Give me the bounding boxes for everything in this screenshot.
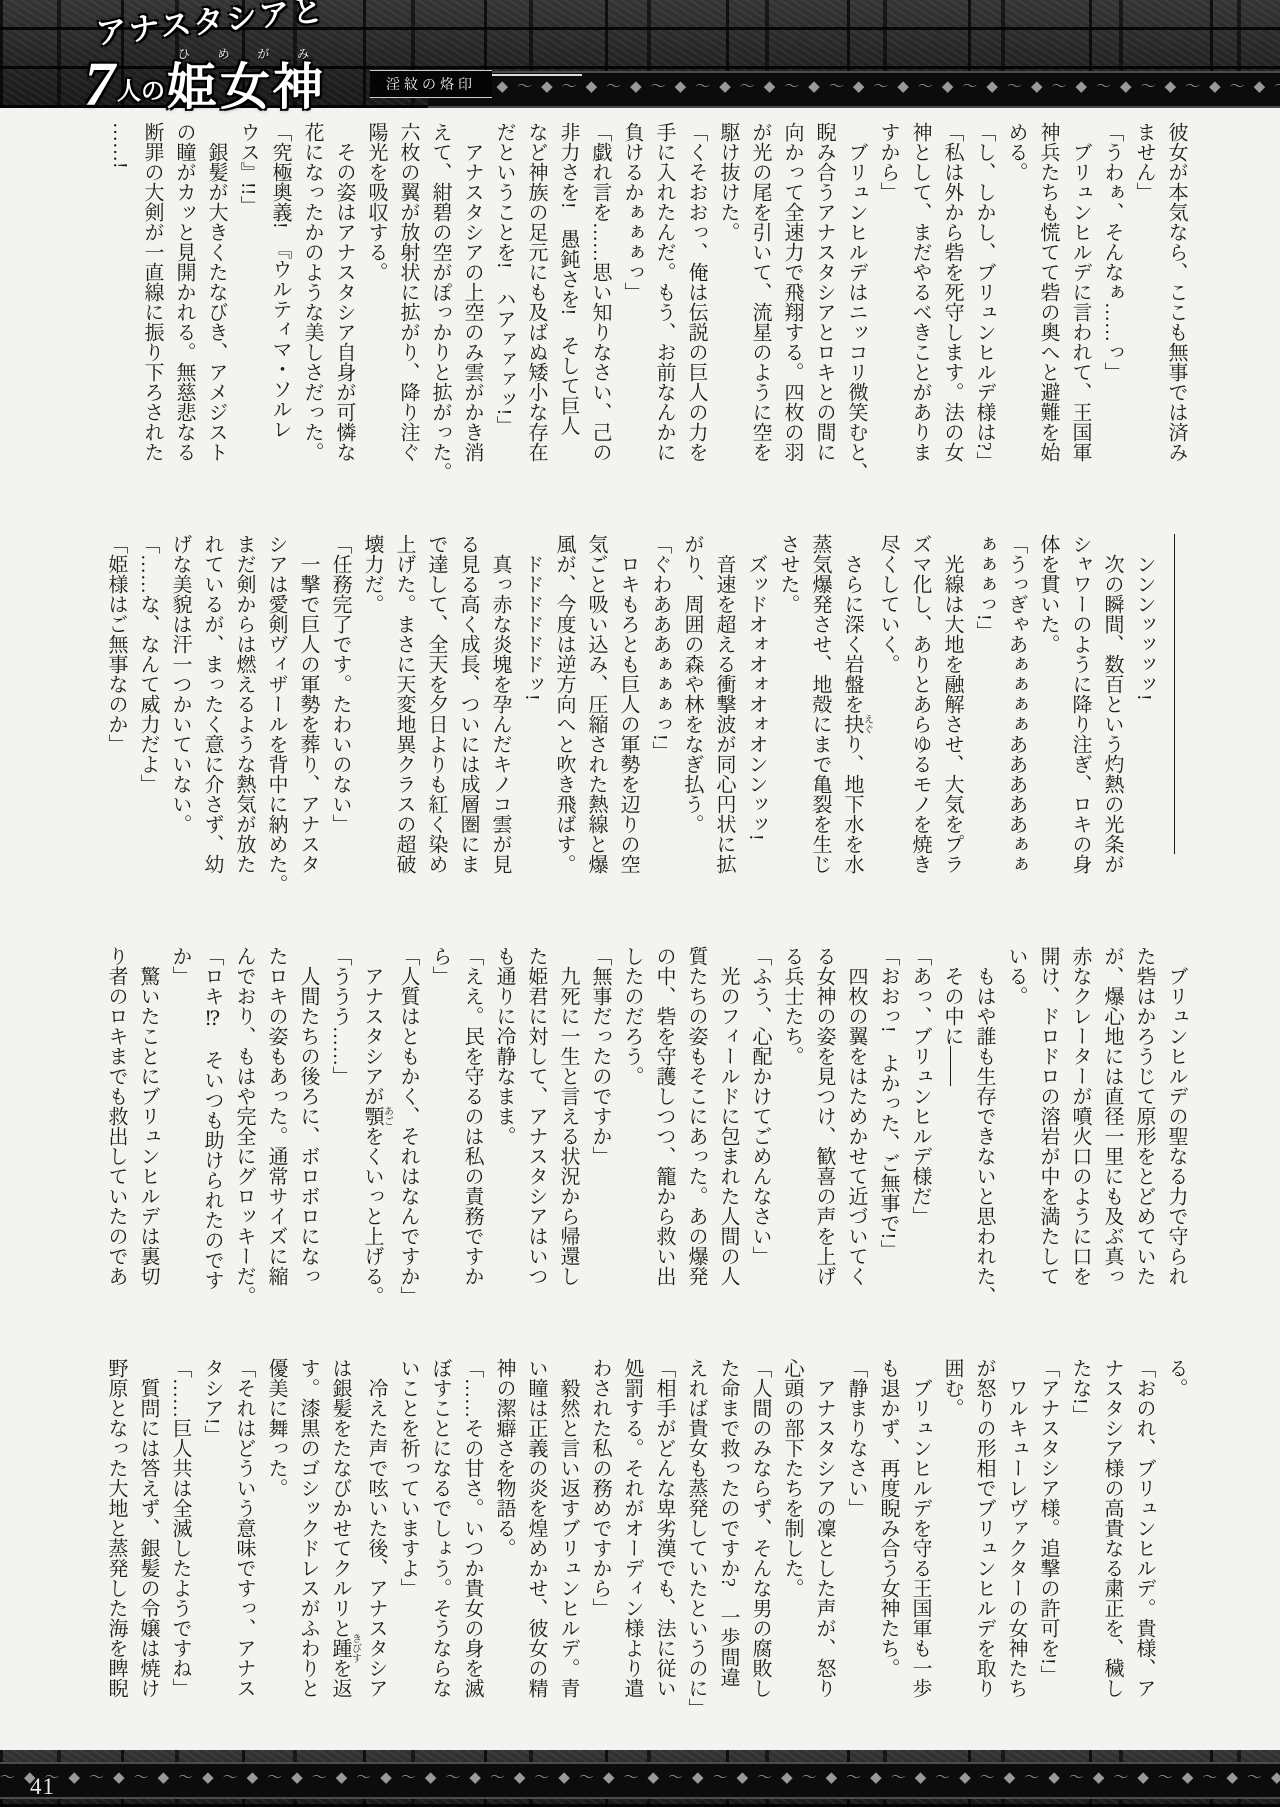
header-brick-band: アナスタシアと 7 人の 姫女神ひめがみ 淫紋の烙印 〜◆〜◆〜◆〜◆〜◆〜◆〜… <box>0 0 1280 108</box>
text-column: れているが、まったく意に介さず、幼 <box>196 534 228 926</box>
ruby-annotated-kanji: 抉えぐ <box>841 714 863 734</box>
text-column: ナスタシア様の高貴なる粛正を、穢し <box>1096 1358 1128 1750</box>
text-column: 「無事だったのですか」 <box>584 946 616 1338</box>
text-column: た姫君に対して、アナスタシアはいつ <box>520 946 552 1338</box>
logo-main-text: 姫女神 <box>167 59 326 115</box>
text-column: 囲む。 <box>936 1358 968 1750</box>
text-band-2: ―――――――――――――――― ンンンッッッッ! 次の瞬間、数百という灼熱の光… <box>90 534 1192 926</box>
text-column: で達して、全天を夕日よりも紅く染め <box>420 534 452 926</box>
text-column: 九死に一生と言える状況から帰還し <box>552 946 584 1338</box>
text-column: など神族の足元にも及ばぬ矮小な存在 <box>520 122 552 514</box>
text-column: の中、砦を守護しつつ、籠から救い出 <box>648 946 680 1338</box>
text-column: 六枚の翼が放射状に拡がり、降り注ぐ <box>392 122 424 514</box>
text-band-4: る。「おのれ、ブリュンヒルデ。貴様、アナスタシア様の高貴なる粛正を、穢したな!」… <box>90 1358 1192 1750</box>
text-column: 質たちの姿もそこにあった。あの爆発 <box>680 946 712 1338</box>
text-column: ブリュンヒルデを守る王国軍も一歩 <box>904 1358 936 1750</box>
text-column: 神として、まだやるべきことがありま <box>904 122 936 514</box>
text-column: 赤なクレーターが噴火口のように口を <box>1064 946 1096 1338</box>
text-column: 「……な、なんて威力だよ」 <box>132 534 164 926</box>
series-logo: アナスタシアと 7 人の 姫女神ひめがみ <box>84 8 328 112</box>
text-column: 処罰する。それがオーディン様より遣 <box>616 1358 648 1750</box>
text-column: 真っ赤な炎塊を孕んだキノコ雲が見 <box>484 534 516 926</box>
text-column: シアは愛剣ヴィザールを背中に納めた。 <box>260 534 292 926</box>
text-column: アナスタシアの凜とした声が、怒り <box>808 1358 840 1750</box>
text-column: たロキの姿もあった。通常サイズに縮 <box>260 946 292 1338</box>
text-column: か」 <box>164 946 196 1338</box>
text-column: 「ううう……」 <box>324 946 356 1338</box>
text-band-1: 彼女が本気なら、ここも無事では済みません」「うわぁ、そんなぁ……っ」 ブリュンヒ… <box>90 122 1192 514</box>
text-column: 次の瞬間、数百という灼熱の光条が <box>1096 534 1128 926</box>
text-column: 「ええ。民を守るのは私の責務ですか <box>456 946 488 1338</box>
novel-page: { "header": { "logo": { "line1": "アナスタシア… <box>0 0 1280 1807</box>
text-column: えれば貴女も蒸発していたというのに」 <box>680 1358 712 1750</box>
text-column: 光のフィールドに包まれた人間の人 <box>712 946 744 1338</box>
text-column: 「姫様はご無事なのか」 <box>100 534 132 926</box>
text-column: す。漆黒のゴシックドレスがふわりと <box>292 1358 324 1750</box>
bottom-ornament-border: 〜◆〜◆〜◆〜◆〜◆〜◆〜◆〜◆〜◆〜◆〜◆〜◆〜◆〜◆〜◆〜◆〜◆〜◆〜◆〜◆… <box>0 1762 1280 1799</box>
logo-main-title: 姫女神ひめがみ <box>167 47 326 112</box>
text-column: ズッドオォオォオォオンンッッ! <box>740 534 772 926</box>
ruby-annotated-kanji: 顎あご <box>361 1106 383 1126</box>
text-column: 蒸気爆発させ、地殻にまで亀裂を生じ <box>804 534 836 926</box>
text-column: 「戯れ言を……思い知りなさい、己の <box>584 122 616 514</box>
text-column: いる。 <box>1000 946 1032 1338</box>
text-column: 四枚の翼をはためかせて近づいてく <box>840 946 872 1338</box>
text-column: い瞳は正義の炎を煌めかせ、彼女の精 <box>520 1358 552 1750</box>
text-column: る。 <box>1160 1358 1192 1750</box>
text-column: 毅然と言い返すブリュンヒルデ。青 <box>552 1358 584 1750</box>
text-column: も通りに冷静なまま。 <box>488 946 520 1338</box>
text-column: 音速を超える衝撃波が同心円状に拡 <box>708 534 740 926</box>
text-column: 「うっぎゃあぁぁぁぁあああああぁぁ <box>1000 534 1032 926</box>
text-column: ロキもろとも巨人の軍勢を辺りの空 <box>612 534 644 926</box>
text-column: める。 <box>1000 122 1032 514</box>
text-column: た砦はかろうじて原形をとどめていた <box>1128 946 1160 1338</box>
text-column: 彼女が本気なら、ここも無事では済み <box>1160 122 1192 514</box>
text-column: 銀髪が大きくたなびき、アメジスト <box>200 122 232 514</box>
text-column: わされた私の務めですから」 <box>584 1358 616 1750</box>
text-column: 「アナスタシア様。追撃の許可を!」 <box>1032 1358 1064 1750</box>
text-column: 風が、今度は逆方向へと吹き飛ばす。 <box>548 534 580 926</box>
text-column: ら」 <box>424 946 456 1338</box>
text-column: さらに深く岩盤を抉えぐり、地下水を水 <box>836 534 872 926</box>
page-number: 41 <box>30 1774 55 1800</box>
text-column: ワルキューレヴァクターの女神たち <box>1000 1358 1032 1750</box>
text-column: ―――――――――――――――― <box>1160 534 1192 926</box>
page-body: 彼女が本気なら、ここも無事では済みません」「うわぁ、そんなぁ……っ」 ブリュンヒ… <box>0 108 1280 1750</box>
text-column: 陽光を吸収する。 <box>360 122 392 514</box>
text-column: その姿はアナスタシア自身が可憐な <box>328 122 360 514</box>
text-column: が、爆心地には直径一里にも及ぶ真っ <box>1096 946 1128 1338</box>
text-column: ぁぁぁっ!」 <box>968 534 1000 926</box>
text-column: の瞳がカッと見開かれる。無慈悲なる <box>168 122 200 514</box>
series-subtitle-badge: 淫紋の烙印 <box>370 70 492 98</box>
text-column: 尽くしていく。 <box>872 534 904 926</box>
text-column: 野原となった大地と蒸発した海を睥睨 <box>100 1358 132 1750</box>
text-column: がり、周囲の森や林をなぎ払う。 <box>676 534 708 926</box>
text-column: したのだろう。 <box>616 946 648 1338</box>
text-column: させた。 <box>772 534 804 926</box>
text-column: 非力さを! 愚鈍さを! そして巨人 <box>552 122 584 514</box>
text-column: 驚いたことにブリュンヒルデは裏切 <box>132 946 164 1338</box>
text-column: タシア!」 <box>196 1358 228 1750</box>
top-ornament-border: 〜◆〜◆〜◆〜◆〜◆〜◆〜◆〜◆〜◆〜◆〜◆〜◆〜◆〜◆〜◆〜◆〜◆〜◆〜◆〜◆… <box>428 71 1280 108</box>
ruby-annotated-kanji: 踵きびす <box>329 1638 351 1658</box>
text-column: 「し、しかし、ブリュンヒルデ様は?」 <box>968 122 1000 514</box>
text-column: 冷えた声で呟いた後、アナスタシア <box>360 1358 392 1750</box>
text-column: り者のロキまでも救出していたのであ <box>100 946 132 1338</box>
text-column: ぼすことになるでしょう。そうならな <box>424 1358 456 1750</box>
text-column: 駆け抜けた。 <box>712 122 744 514</box>
text-column: 「ふう、心配かけてごめんなさい」 <box>744 946 776 1338</box>
text-column: もはや誰も生存できないと思われた、 <box>968 946 1000 1338</box>
text-column: アナスタシアの上空のみ雲がかき消 <box>456 122 488 514</box>
text-column: 壊力だ。 <box>356 534 388 926</box>
logo-number: 7 <box>84 59 115 112</box>
text-column: 「……巨人共は全滅したようですね」 <box>164 1358 196 1750</box>
text-column: ブリュンヒルデに言われて、王国軍 <box>1064 122 1096 514</box>
text-column: 「くそおおっ、俺は伝説の巨人の力を <box>680 122 712 514</box>
text-column: 「おおっ! よかった、ご無事で!」 <box>872 946 904 1338</box>
text-column: 「おのれ、ブリュンヒルデ。貴様、ア <box>1128 1358 1160 1750</box>
text-column: 「静まりなさい」 <box>840 1358 872 1750</box>
text-column: 体を貫いた。 <box>1032 534 1064 926</box>
text-column: ウス』!!」 <box>232 122 264 514</box>
text-column: ブリュンヒルデはニッコリ微笑むと、 <box>840 122 872 514</box>
text-column: アナスタシアが顎あごをくいっと上げる。 <box>356 946 392 1338</box>
text-column: 一撃で巨人の軍勢を葬り、アナスタ <box>292 534 324 926</box>
text-column: 向かって全速力で飛翔する。四枚の羽 <box>776 122 808 514</box>
text-column: 負けるかぁぁぁっ」 <box>616 122 648 514</box>
text-column: た命まで救ったのですか? 一歩間違 <box>712 1358 744 1750</box>
text-column: 開け、ドロドロの溶岩が中を満たして <box>1032 946 1064 1338</box>
text-column: 「私は外から砦を死守します。法の女 <box>936 122 968 514</box>
text-column: る見る高く成長、ついには成層圏にま <box>452 534 484 926</box>
logo-mid-text: 人の <box>115 71 167 112</box>
text-column: 断罪の大剣が一直線に振り下ろされた <box>136 122 168 514</box>
text-column: ズマ化し、ありとあらゆるモノを焼き <box>904 534 936 926</box>
text-column: 「究極奥義! 『ウルティマ・ソルレ <box>264 122 296 514</box>
text-band-3: ブリュンヒルデの聖なる力で守られた砦はかろうじて原形をとどめていたが、爆心地には… <box>90 946 1192 1338</box>
text-column: 「……その甘さ。いつか貴女の身を滅 <box>456 1358 488 1750</box>
text-column: 「うわぁ、そんなぁ……っ」 <box>1096 122 1128 514</box>
text-column: 手に入れたんだ。もう、お前なんかに <box>648 122 680 514</box>
text-column: いことを祈っていますよ」 <box>392 1358 424 1750</box>
text-column: 上げた。まさに天変地異クラスの超破 <box>388 534 420 926</box>
text-column: 「あっ、ブリュンヒルデ様だ」 <box>904 946 936 1338</box>
text-column: えて、紺碧の空がぽっかりと拡がった。 <box>424 122 456 514</box>
text-column: 神兵たちも慌てて砦の奥へと避難を始 <box>1032 122 1064 514</box>
text-column: も退かず、再度睨み合う女神たち。 <box>872 1358 904 1750</box>
text-column: る女神の姿を見つけ、歓喜の声を上げ <box>808 946 840 1338</box>
text-column: 「人間のみならず、そんな男の腐敗し <box>744 1358 776 1750</box>
text-column: は銀髪をたなびかせてクルリと踵きびすを返 <box>324 1358 360 1750</box>
text-column: シャワーのように降り注ぎ、ロキの身 <box>1064 534 1096 926</box>
text-column: ブリュンヒルデの聖なる力で守られ <box>1160 946 1192 1338</box>
logo-furigana: ひめがみ <box>167 47 326 61</box>
text-column: 優美に舞った。 <box>260 1358 292 1750</box>
text-column: げな美貌は汗一つかいていない。 <box>164 534 196 926</box>
text-column: 気ごと吸い込み、圧縮された熱線と爆 <box>580 534 612 926</box>
logo-title-line1: アナスタシアと <box>93 0 326 53</box>
text-column: 「それはどういう意味ですっ、アナス <box>228 1358 260 1750</box>
text-column: その中に―― <box>936 946 968 1338</box>
text-column: ドドドドドドッ! <box>516 534 548 926</box>
text-column: ンンンッッッッ! <box>1128 534 1160 926</box>
text-column: ません」 <box>1128 122 1160 514</box>
text-column: 質問には答えず、銀髪の令嬢は焼け <box>132 1358 164 1750</box>
logo-title-line2: 7 人の 姫女神ひめがみ <box>84 47 328 112</box>
text-column: 人間たちの後ろに、ボロボロになっ <box>292 946 324 1338</box>
text-column: 「任務完了です。たわいのない」 <box>324 534 356 926</box>
text-column: ……! <box>104 122 136 514</box>
text-column: 花になったかのような美しさだった。 <box>296 122 328 514</box>
text-column: 「相手がどんな卑劣漢でも、法に従い <box>648 1358 680 1750</box>
text-column: 睨み合うアナスタシアとロキとの間に <box>808 122 840 514</box>
text-column: 心頭の部下たちを制した。 <box>776 1358 808 1750</box>
text-column: る兵士たち。 <box>776 946 808 1338</box>
text-column: 神の潔癖さを物語る。 <box>488 1358 520 1750</box>
text-column: 光線は大地を融解させ、大気をプラ <box>936 534 968 926</box>
footer-brick-band: 〜◆〜◆〜◆〜◆〜◆〜◆〜◆〜◆〜◆〜◆〜◆〜◆〜◆〜◆〜◆〜◆〜◆〜◆〜◆〜◆… <box>0 1750 1280 1807</box>
text-column: が光の尾を引いて、流星のように空を <box>744 122 776 514</box>
text-column: 「ぐわあああぁぁぁっ!」 <box>644 534 676 926</box>
text-column: 「ロキ⁉ そいつも助けられたのです <box>196 946 228 1338</box>
text-column: すから」 <box>872 122 904 514</box>
text-column: 「人質はともかく、それはなんですか」 <box>392 946 424 1338</box>
text-column: が怒りの形相でブリュンヒルデを取り <box>968 1358 1000 1750</box>
text-column: たな!」 <box>1064 1358 1096 1750</box>
text-column: んでおり、もはや完全にグロッキーだ。 <box>228 946 260 1338</box>
text-column: だということを! ハアァァァッ!」 <box>488 122 520 514</box>
text-column: まだ剣からは燃えるような熱気が放た <box>228 534 260 926</box>
